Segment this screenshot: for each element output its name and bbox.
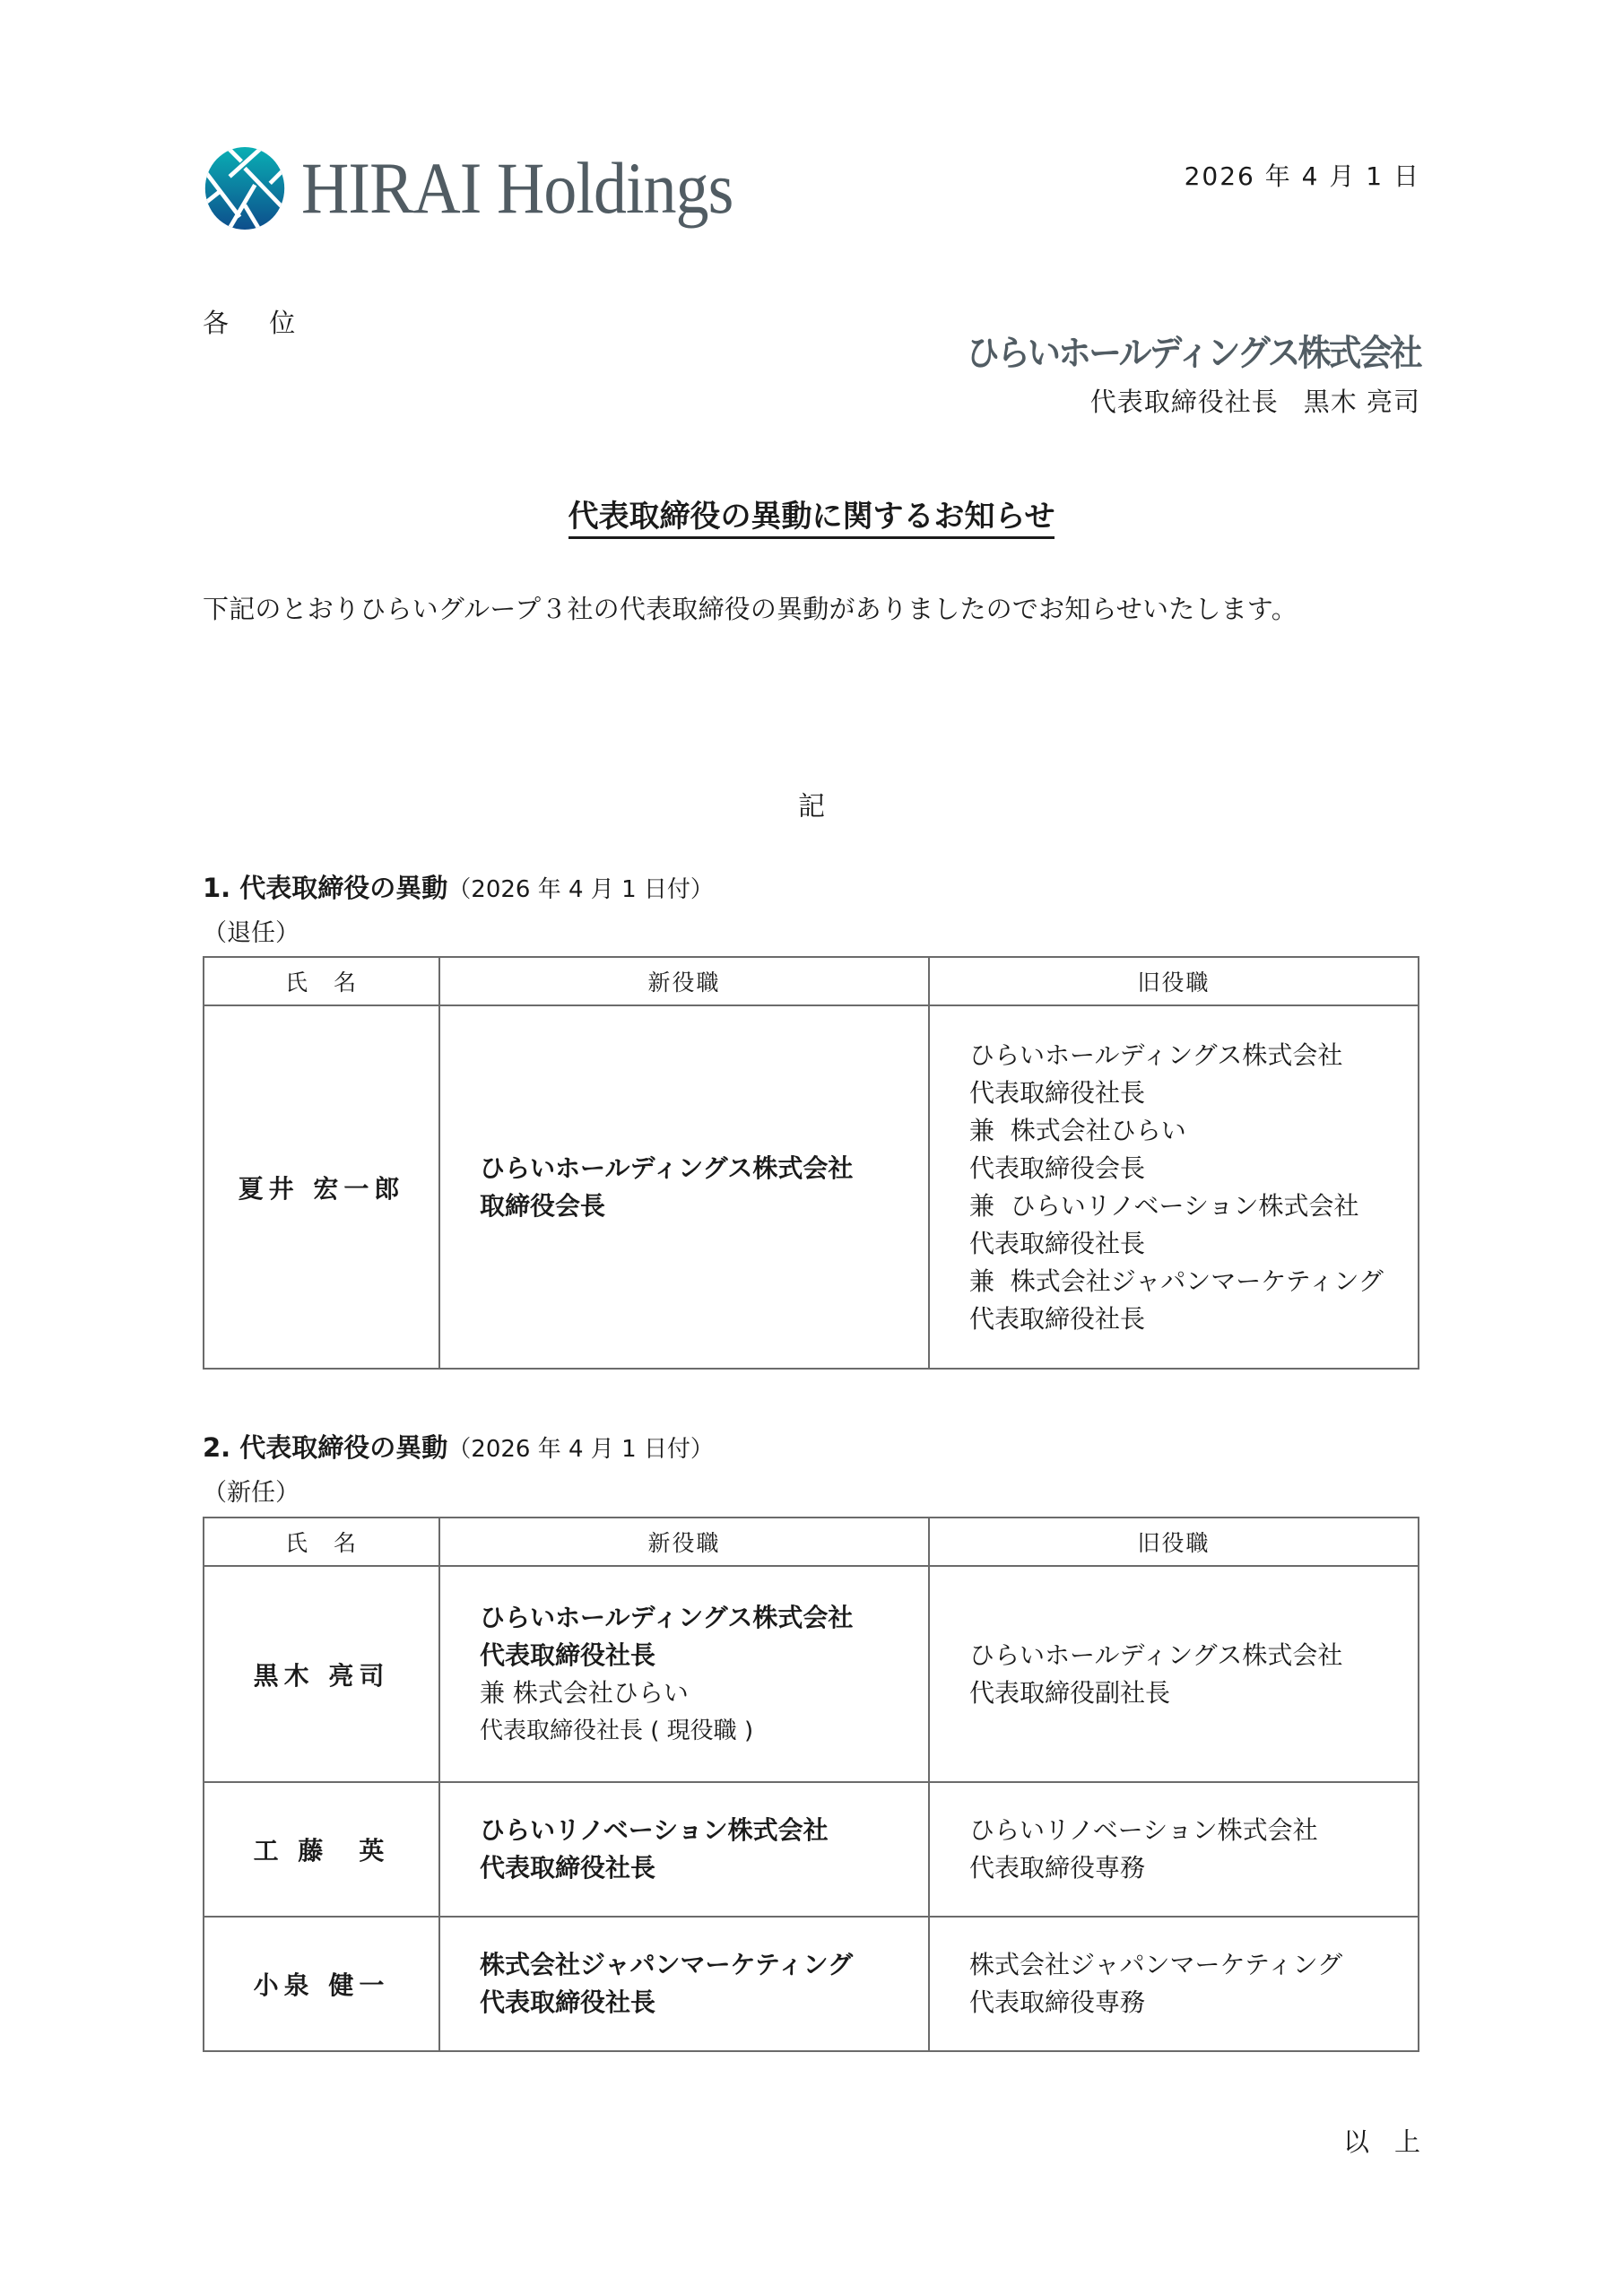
column-header-new-position: 新役職 bbox=[439, 1518, 929, 1566]
table-row: 小泉 健一 株式会社ジャパンマーケティング 代表取締役社長 株式会社ジャパンマー… bbox=[204, 1917, 1419, 2051]
old-position-cell: ひらいリノベーション株式会社 代表取締役専務 bbox=[929, 1782, 1419, 1917]
old-position-cell: ひらいホールディングス株式会社 代表取締役社長 兼 株式会社ひらい 代表取締役会… bbox=[929, 1005, 1419, 1369]
table-row: 工 藤 英 ひらいリノベーション株式会社 代表取締役社長 ひらいリノベーション株… bbox=[204, 1782, 1419, 1917]
new-position-cell: ひらいホールディングス株式会社 取締役会長 bbox=[439, 1005, 929, 1369]
column-header-new-position: 新役職 bbox=[439, 957, 929, 1005]
person-name: 小泉 健一 bbox=[204, 1917, 439, 2051]
issuer-company-name: ひらいホールディングス株式会社 bbox=[967, 325, 1420, 376]
new-position-cell: ひらいホールディングス株式会社 代表取締役社長 兼 株式会社ひらい 代表取締役社… bbox=[439, 1566, 929, 1782]
representative-name: 黒木 亮司 bbox=[1304, 387, 1420, 417]
old-position-cell: ひらいホールディングス株式会社 代表取締役副社長 bbox=[929, 1566, 1419, 1782]
person-name: 工 藤 英 bbox=[204, 1782, 439, 1917]
issuer-representative: 代表取締役社長黒木 亮司 bbox=[1090, 382, 1420, 419]
logo-mark-icon bbox=[203, 146, 287, 230]
table-header-row: 氏 名 新役職 旧役職 bbox=[204, 1518, 1419, 1566]
column-header-old-position: 旧役職 bbox=[929, 957, 1419, 1005]
closing-ijo: 以上 bbox=[1343, 2122, 1445, 2159]
representative-title: 代表取締役社長 bbox=[1090, 387, 1279, 417]
ki-marker: 記 bbox=[0, 784, 1623, 823]
column-header-name: 氏 名 bbox=[204, 957, 439, 1005]
table-header-row: 氏 名 新役職 旧役職 bbox=[204, 957, 1419, 1005]
person-name: 夏井 宏一郎 bbox=[204, 1005, 439, 1369]
new-position-cell: 株式会社ジャパンマーケティング 代表取締役社長 bbox=[439, 1917, 929, 2051]
column-header-old-position: 旧役職 bbox=[929, 1518, 1419, 1566]
table-row: 夏井 宏一郎 ひらいホールディングス株式会社 取締役会長 ひらいホールディングス… bbox=[204, 1005, 1419, 1369]
column-header-name: 氏 名 bbox=[204, 1518, 439, 1566]
section-2-heading: 2. 代表取締役の異動（2026 年 4 月 1 日付） bbox=[203, 1428, 714, 1465]
section-2-subheading: （新任） bbox=[203, 1473, 299, 1508]
section-1-heading: 1. 代表取締役の異動（2026 年 4 月 1 日付） bbox=[203, 868, 714, 905]
logo-wordmark: HIRAI Holdings bbox=[301, 152, 733, 225]
document-date: 2026 年 4 月 1 日 bbox=[1185, 157, 1420, 193]
addressee: 各 位 bbox=[203, 303, 311, 340]
old-position-cell: 株式会社ジャパンマーケティング 代表取締役専務 bbox=[929, 1917, 1419, 2051]
retirement-table: 氏 名 新役職 旧役職 夏井 宏一郎 ひらいホールディングス株式会社 取締役会長… bbox=[203, 956, 1419, 1370]
table-row: 黒木 亮司 ひらいホールディングス株式会社 代表取締役社長 兼 株式会社ひらい … bbox=[204, 1566, 1419, 1782]
document-title: 代表取締役の異動に関するお知らせ bbox=[0, 491, 1623, 535]
section-1-subheading: （退任） bbox=[203, 913, 299, 948]
lead-paragraph: 下記のとおりひらいグループ３社の代表取締役の異動がありましたのでお知らせいたしま… bbox=[203, 589, 1298, 626]
person-name: 黒木 亮司 bbox=[204, 1566, 439, 1782]
appointment-table: 氏 名 新役職 旧役職 黒木 亮司 ひらいホールディングス株式会社 代表取締役社… bbox=[203, 1517, 1419, 2052]
new-position-cell: ひらいリノベーション株式会社 代表取締役社長 bbox=[439, 1782, 929, 1917]
company-logo: HIRAI Holdings bbox=[203, 143, 812, 233]
